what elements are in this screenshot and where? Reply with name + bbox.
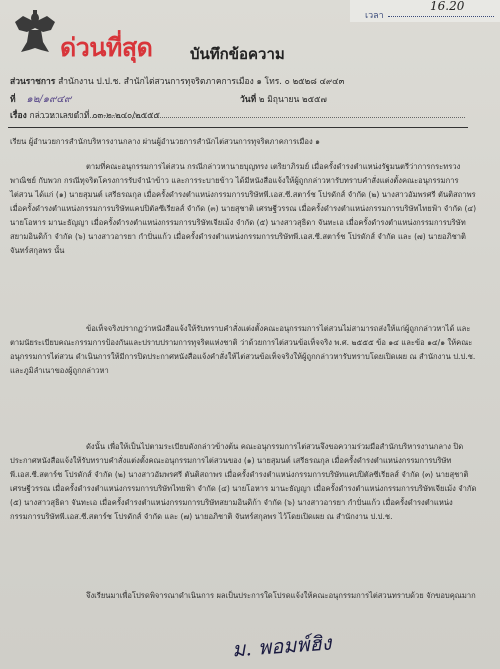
date-label: วันที่ — [240, 95, 256, 105]
paragraph-3-text: ดังนั้น เพื่อให้เป็นไปตามระเบียบดังกล่าว… — [10, 440, 480, 524]
reference-label: ที่ — [10, 95, 16, 105]
header-divider — [8, 127, 468, 128]
subject-line: เรื่อง กล่าวหาเลขดำที่ ๐๓-๒-๒๔๐/๒๕๕๕ — [10, 108, 160, 122]
memo-title: บันทึกข้อความ — [190, 42, 285, 66]
stamp-line — [388, 16, 494, 17]
subject-value: กล่าวหาเลขดำที่ ๐๓-๒-๒๔๐/๒๕๕๕ — [29, 111, 160, 121]
time-stamp: เวลา 16.20 — [350, 0, 500, 22]
stamp-time-value: 16.20 — [430, 0, 464, 13]
reference-line: ที่ ๑๒/๑๙๔๙ — [10, 92, 71, 107]
agency-line: ส่วนราชการ สำนักงาน ป.ป.ช. สำนักไต่สวนกา… — [10, 74, 344, 88]
paragraph-1: ตามที่คณะอนุกรรมการไต่สวน กรณีกล่าวหานาย… — [10, 160, 480, 258]
date-line: วันที่ ๒ มิถุนายน ๒๕๕๗ — [240, 92, 327, 106]
reference-value: ๑๒/๑๙๔๙ — [26, 94, 71, 105]
paragraph-1-text: ตามที่คณะอนุกรรมการไต่สวน กรณีกล่าวหานาย… — [10, 160, 480, 258]
memo-document: เวลา 16.20 ด่วนที่สุด บันทึกข้อความ ส่วน… — [0, 0, 500, 669]
paragraph-2-text: ข้อเท็จจริงปรากฏว่าหนังสือแจ้งให้รับทราบ… — [10, 322, 480, 378]
closing-text: จึงเรียนมาเพื่อโปรดพิจารณาดำเนินการ ผลเป… — [10, 589, 480, 603]
urgent-label: ด่วนที่สุด — [60, 28, 152, 68]
subject-label: เรื่อง — [10, 111, 27, 121]
subject-divider — [40, 117, 465, 118]
garuda-emblem-icon — [13, 8, 57, 56]
salutation: เรียน ผู้อำนวยการสำนักบริหารงานกลาง ผ่าน… — [10, 135, 480, 149]
paragraph-3: ดังนั้น เพื่อให้เป็นไปตามระเบียบดังกล่าว… — [10, 440, 480, 524]
agency-label: ส่วนราชการ — [10, 77, 55, 87]
stamp-time-label: เวลา — [365, 8, 384, 22]
agency-value: สำนักงาน ป.ป.ช. สำนักไต่สวนการทุจริตภาคก… — [58, 77, 344, 87]
salutation-text: เรียน ผู้อำนวยการสำนักบริหารงานกลาง ผ่าน… — [10, 135, 480, 149]
paragraph-2: ข้อเท็จจริงปรากฏว่าหนังสือแจ้งให้รับทราบ… — [10, 322, 480, 378]
handwritten-signature: ม. พอมพ์ฮิง — [231, 627, 332, 666]
closing-paragraph: จึงเรียนมาเพื่อโปรดพิจารณาดำเนินการ ผลเป… — [10, 589, 480, 603]
date-value: ๒ มิถุนายน ๒๕๕๗ — [259, 95, 327, 105]
